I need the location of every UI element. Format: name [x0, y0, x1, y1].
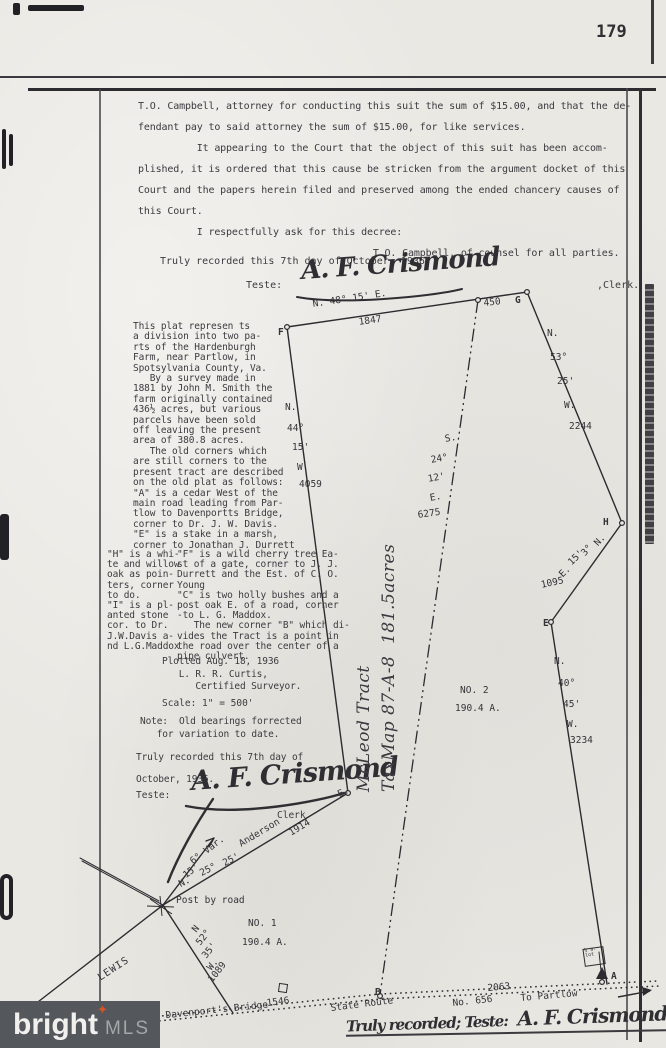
plat-gh-n: N.: [547, 328, 558, 339]
plat-ea-n: N.: [554, 656, 565, 667]
plat-parcel2-label: NO. 2: [460, 685, 489, 696]
plat-parcel2-area: 190.4 A.: [455, 703, 501, 714]
brand-wordmark: bright: [13, 1001, 98, 1048]
plat-gh-deg: 53°: [550, 352, 567, 363]
scale-note: Scale: 1" = 500': [162, 698, 254, 709]
plat-ea-min: 45': [563, 699, 580, 710]
plat-parcel1-label: NO. 1: [248, 918, 277, 929]
decree-body: T.O. Campbell, attorney for conducting t…: [138, 96, 648, 264]
plat-post-label: Post by road: [176, 895, 245, 906]
teste-label: Teste:: [246, 280, 282, 291]
boundary-g-h-e-a: [527, 292, 622, 984]
clerk-label: ,Clerk.: [597, 280, 639, 291]
bright-mls-watermark: bright ✦ MLS: [0, 1001, 160, 1048]
old-road-double-line: [80, 858, 163, 905]
sparkle-icon: ✦: [97, 1003, 108, 1018]
plat-description-intro: This plat represen ts a division into tw…: [133, 322, 295, 551]
plat-ea-dist: 3234: [570, 735, 593, 746]
plat-corner-a: A: [611, 971, 617, 982]
lewis-line: [25, 905, 163, 1012]
plat-fj-min: 15': [292, 442, 309, 453]
plat-corner-e: E: [543, 618, 549, 629]
plat-fj-deg: 44°: [287, 423, 304, 434]
small-square-marker: [278, 983, 287, 992]
boundary-post-road: [163, 905, 233, 1013]
plat-div-s: S.: [444, 432, 457, 445]
scanned-document-page: 179: [0, 0, 666, 1048]
plat-gh-min: 25': [557, 376, 574, 387]
plat-ea-deg: 40°: [558, 678, 575, 689]
plat-corner-f: F: [278, 327, 284, 338]
brand-suffix: MLS: [105, 1018, 150, 1040]
plat-gh-w: W.: [564, 400, 575, 411]
plat-description-left-fragment: "H" is a whi- te and willow oak as poin-…: [107, 550, 179, 652]
plat-ea-w: W.: [567, 719, 578, 730]
road-arrow-right-icon: [642, 987, 652, 996]
teste2-label: Teste:: [136, 790, 170, 801]
plat-gh-dist: 2244: [569, 421, 592, 432]
corner-a-triangle-icon: [596, 967, 608, 979]
plat-description-right-fragment: "F" is a wild cherry tree Ea- st of a ga…: [177, 550, 350, 662]
plat-fj-w: W.: [297, 462, 308, 473]
plotted-block: Plotted Aug. 18, 1936 L. R. R. Curtis, C…: [162, 656, 301, 694]
plat-corner-g: G: [515, 295, 521, 306]
plat-fj-n: N.: [285, 402, 296, 413]
plat-parcel1-area: 190.4 A.: [242, 937, 288, 948]
plat-div-e: E.: [429, 491, 442, 504]
plat-corner-h: H: [603, 517, 609, 528]
bearings-note: Note: Old bearings forrected for variati…: [140, 716, 302, 741]
plat-distance-450: 450: [483, 296, 501, 309]
road-dist-2063: 2063: [487, 981, 511, 994]
plat-fj-dist: 4059: [299, 479, 322, 490]
handwritten-tract-note: McLeod Tract TaxMap 87-A-8 181.5acres: [352, 362, 402, 792]
clerk-signature-bottom: A. F. Crismond,: [517, 1001, 666, 1030]
